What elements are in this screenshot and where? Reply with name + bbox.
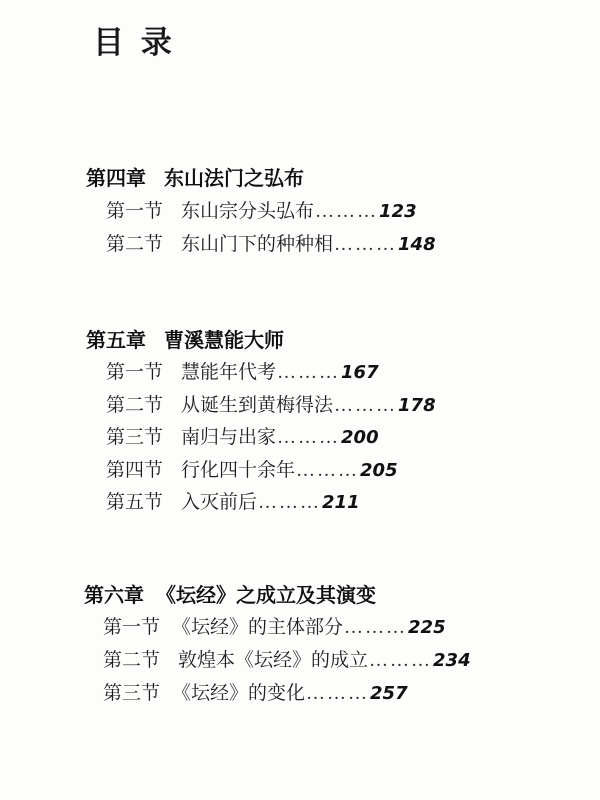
chapter-heading: 第五章曹溪慧能大师 (86, 330, 284, 352)
page-number: 211 (322, 492, 360, 513)
leader-dots: ……… (344, 617, 407, 638)
page-title: 目 录 (93, 26, 172, 60)
leader-dots: ……… (306, 683, 369, 704)
section-title: 《坛经》的变化 (172, 683, 305, 704)
chapter-number: 第五章 (86, 330, 146, 352)
section-label: 第二节 (103, 650, 160, 671)
toc-entry: 第五节入灭前后………211 (106, 492, 360, 514)
section-label: 第二节 (106, 234, 163, 255)
section-label: 第二节 (106, 395, 163, 416)
section-label: 第三节 (103, 683, 160, 704)
chapter-heading: 第六章《坛经》之成立及其演变 (84, 585, 376, 607)
leader-dots: ……… (334, 234, 397, 255)
section-title: 东山宗分头弘布 (181, 201, 314, 222)
section-title: 《坛经》的主体部分 (172, 617, 343, 638)
toc-entry: 第二节东山门下的种种相………148 (106, 234, 436, 256)
section-title: 南归与出家 (181, 427, 276, 448)
section-label: 第五节 (106, 492, 163, 513)
leader-dots: ……… (277, 427, 340, 448)
leader-dots: ……… (296, 460, 359, 481)
toc-entry: 第二节从诞生到黄梅得法………178 (106, 395, 436, 417)
section-title: 从诞生到黄梅得法 (181, 395, 333, 416)
leader-dots: ……… (258, 492, 321, 513)
toc-entry: 第三节南归与出家………200 (106, 427, 379, 449)
section-title: 入灭前后 (181, 492, 257, 513)
toc-entry: 第四节行化四十余年………205 (106, 460, 398, 482)
chapter-heading: 第四章东山法门之弘布 (86, 168, 304, 190)
page-number: 200 (341, 427, 379, 448)
section-title: 东山门下的种种相 (181, 234, 333, 255)
toc-entry: 第一节东山宗分头弘布………123 (106, 201, 417, 223)
toc-entry: 第一节慧能年代考………167 (106, 362, 379, 384)
section-label: 第一节 (103, 617, 160, 638)
section-title: 敦煌本《坛经》的成立 (178, 650, 368, 671)
toc-entry: 第二节敦煌本《坛经》的成立………234 (103, 650, 471, 672)
page-number: 205 (360, 460, 398, 481)
page-number: 167 (341, 362, 379, 383)
section-title: 慧能年代考 (181, 362, 276, 383)
section-title: 行化四十余年 (181, 460, 295, 481)
chapter-title: 东山法门之弘布 (164, 168, 304, 190)
page-number: 234 (433, 650, 471, 671)
leader-dots: ……… (315, 201, 378, 222)
section-label: 第一节 (106, 362, 163, 383)
page-number: 148 (398, 234, 436, 255)
leader-dots: ……… (334, 395, 397, 416)
chapter-title: 曹溪慧能大师 (164, 330, 284, 352)
chapter-number: 第六章 (84, 585, 144, 607)
section-label: 第三节 (106, 427, 163, 448)
section-label: 第四节 (106, 460, 163, 481)
page-number: 178 (398, 395, 436, 416)
page-number: 257 (370, 683, 408, 704)
toc-entry: 第三节《坛经》的变化………257 (103, 683, 408, 705)
section-label: 第一节 (106, 201, 163, 222)
page-number: 123 (379, 201, 417, 222)
chapter-number: 第四章 (86, 168, 146, 190)
toc-entry: 第一节《坛经》的主体部分………225 (103, 617, 446, 639)
chapter-title: 《坛经》之成立及其演变 (156, 585, 376, 607)
leader-dots: ……… (369, 650, 432, 671)
scanned-book-toc-page: 目 录 第四章东山法门之弘布 第一节东山宗分头弘布………123 第二节东山门下的… (0, 0, 600, 800)
leader-dots: ……… (277, 362, 340, 383)
page-number: 225 (408, 617, 446, 638)
